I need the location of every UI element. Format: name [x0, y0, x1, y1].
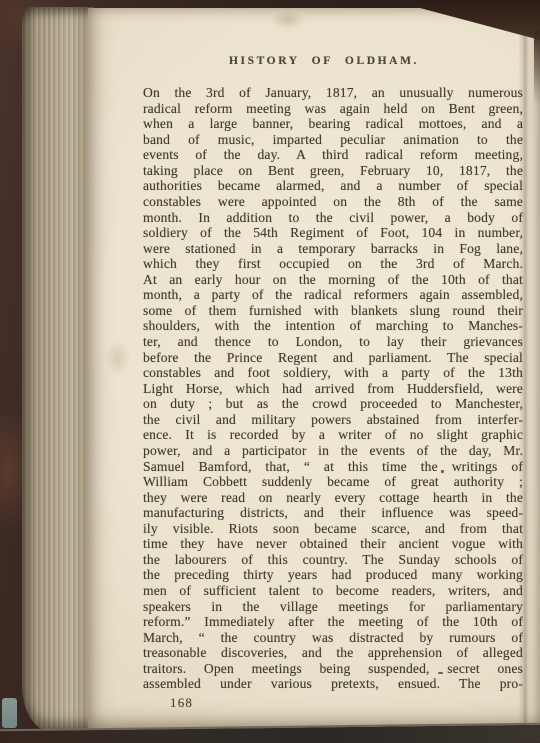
book-page: HISTORY OF OLDHAM. On the 3rd of January…	[88, 8, 540, 730]
text-line: the civil and military powers abstained …	[143, 412, 523, 428]
text-line: soldiery of the 54th Regiment of Foot, 1…	[143, 225, 523, 241]
text-line: ily visible. Riots soon became scarce, a…	[143, 521, 523, 537]
text-line: At an early hour on the morning of the 1…	[143, 272, 523, 288]
text-line: men of sufficient talent to become reade…	[143, 583, 523, 599]
text-line: March, “ the country was distracted by r…	[143, 630, 523, 646]
text-line: authorities became alarmed, and a number…	[143, 178, 523, 194]
body-text: On the 3rd of January, 1817, an unusuall…	[143, 85, 523, 692]
book-scan: HISTORY OF OLDHAM. On the 3rd of January…	[0, 0, 540, 743]
text-line: manufacturing districts, and their influ…	[143, 505, 523, 521]
ink-speck	[438, 672, 443, 674]
text-line: Light Horse, which had arrived from Hudd…	[143, 381, 523, 397]
text-line: on duty ; but as the crowd proceeded to …	[143, 396, 523, 412]
text-line: power, and a participator in the events …	[143, 443, 523, 459]
text-line: ter, and thence to London, to lay their …	[143, 334, 523, 350]
text-line: reform.” Immediately after the meeting o…	[143, 614, 523, 630]
text-line: before the Prince Regent and parliament.…	[143, 350, 523, 366]
text-line: band of music, imparted peculiar animati…	[143, 132, 523, 148]
text-line: William Cobbett suddenly became of great…	[143, 474, 523, 490]
text-line: ence. It is recorded by a writer of no s…	[143, 427, 523, 443]
text-line: assembled under various pretexts, ensued…	[143, 676, 523, 692]
text-line: which they first occupied on the 3rd of …	[143, 256, 523, 272]
text-line: some of them furnished with blankets slu…	[143, 303, 523, 319]
text-line: radical reform meeting was again held on…	[143, 101, 523, 117]
text-line: shoulders, with the intention of marchin…	[143, 318, 523, 334]
text-line: time they have never obtained their anci…	[143, 536, 523, 552]
text-line: traitors. Open meetings being suspended,…	[143, 661, 523, 677]
cover-right-edge	[534, 30, 540, 105]
text-line: On the 3rd of January, 1817, an unusuall…	[143, 85, 523, 101]
background-sliver	[2, 698, 17, 728]
text-line: treasonable discoveries, and the apprehe…	[143, 645, 523, 661]
text-line: they were read on nearly every cottage h…	[143, 490, 523, 506]
text-line: month, a party of the radical reformers …	[143, 287, 523, 303]
text-line: Samuel Bamford, that, “ at this time the…	[143, 459, 523, 475]
running-header: HISTORY OF OLDHAM.	[143, 55, 505, 67]
text-line: the preceding thirty years had produced …	[143, 567, 523, 583]
text-line: taking place on Bent green, February 10,…	[143, 163, 523, 179]
text-line: when a large banner, bearing radical mot…	[143, 116, 523, 132]
text-line: month. In addition to the civil power, a…	[143, 210, 523, 226]
text-line: the labourers of this country. The Sunda…	[143, 552, 523, 568]
page-number: 168	[170, 695, 193, 711]
text-line: constables were appointed on the 8th of …	[143, 194, 523, 210]
ink-speck	[441, 470, 444, 473]
text-line: speakers in the village meetings for par…	[143, 599, 523, 615]
page-edges-stack	[22, 7, 94, 731]
text-line: events of the day. A third radical refor…	[143, 147, 523, 163]
text-line: were stationed in a temporary barracks i…	[143, 241, 523, 257]
text-line: constables and foot soldiery, with a par…	[143, 365, 523, 381]
